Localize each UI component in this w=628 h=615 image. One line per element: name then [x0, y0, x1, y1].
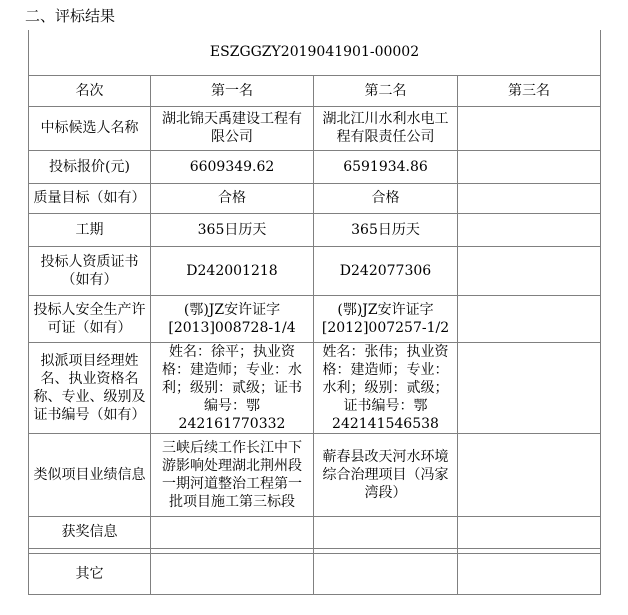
cell-awards-third [458, 516, 601, 548]
cell-duration-second: 365日历天 [314, 213, 458, 246]
cell-similar-projects-first: 三峡后续工作长江中下 游影响处理湖北荆州段 一期河道整治工程第一 批项目施工第三… [151, 433, 314, 516]
cell-qualification-certificate-second: D242077306 [314, 246, 458, 295]
table-row-other: 其它 [29, 553, 601, 594]
column-header-row: 名次 第一名 第二名 第三名 [29, 75, 601, 106]
cell-bid-price-first: 6609349.62 [151, 150, 314, 183]
table-row-qualification-certificate: 投标人资质证书 （如有） D242001218 D242077306 [29, 246, 601, 295]
table-row-candidate-name: 中标候选人名称 湖北锦天禹建设工程有 限公司 湖北江川水利水电工 程有限责任公司 [29, 106, 601, 150]
row-label-candidate-name: 中标候选人名称 [29, 106, 151, 150]
row-label-project-manager: 拟派项目经理姓 名、执业资格名 称、专业、级别及 证书编号（如有） [29, 342, 151, 433]
table-row-awards: 获奖信息 [29, 516, 601, 548]
cell-similar-projects-second: 蕲春县改天河水环境 综合治理项目（冯家 湾段） [314, 433, 458, 516]
cell-awards-first [151, 516, 314, 548]
cell-candidate-name-third [458, 106, 601, 150]
cell-safety-license-first: (鄂)JZ安许证字 [2013]008728-1/4 [151, 295, 314, 342]
row-label-qualification-certificate: 投标人资质证书 （如有） [29, 246, 151, 295]
row-label-duration: 工期 [29, 213, 151, 246]
evaluation-results-table: ESZGGZY2019041901-00002 名次 第一名 第二名 第三名 中… [28, 30, 601, 595]
cell-bid-price-third [458, 150, 601, 183]
page-title: 二、评标结果 [25, 7, 115, 25]
row-label-quality-target: 质量目标（如有） [29, 183, 151, 213]
cell-quality-target-second: 合格 [314, 183, 458, 213]
cell-project-manager-first: 姓名：徐平；执业资 格：建造师；专业：水 利；级别：贰级；证书 编号：鄂2421… [151, 342, 314, 433]
cell-safety-license-second: (鄂)JZ安许证字 [2012]007257-1/2 [314, 295, 458, 342]
project-code-row: ESZGGZY2019041901-00002 [29, 30, 601, 75]
cell-other-second [314, 553, 458, 594]
cell-quality-target-first: 合格 [151, 183, 314, 213]
row-label-awards: 获奖信息 [29, 516, 151, 548]
table-row-similar-projects: 类似项目业绩信息 三峡后续工作长江中下 游影响处理湖北荆州段 一期河道整治工程第… [29, 433, 601, 516]
cell-qualification-certificate-first: D242001218 [151, 246, 314, 295]
cell-quality-target-third [458, 183, 601, 213]
cell-other-third [458, 553, 601, 594]
cell-awards-second [314, 516, 458, 548]
cell-candidate-name-second: 湖北江川水利水电工 程有限责任公司 [314, 106, 458, 150]
cell-qualification-certificate-third [458, 246, 601, 295]
cell-duration-third [458, 213, 601, 246]
table-row-project-manager: 拟派项目经理姓 名、执业资格名 称、专业、级别及 证书编号（如有） 姓名：徐平；… [29, 342, 601, 433]
table-row-bid-price: 投标报价(元) 6609349.62 6591934.86 [29, 150, 601, 183]
cell-project-manager-third [458, 342, 601, 433]
cell-similar-projects-third [458, 433, 601, 516]
project-code: ESZGGZY2019041901-00002 [29, 30, 601, 75]
cell-duration-first: 365日历天 [151, 213, 314, 246]
col-header-third-place: 第三名 [458, 75, 601, 106]
col-header-first-place: 第一名 [151, 75, 314, 106]
bid-evaluation-page: 二、评标结果 ESZGGZY2019041901-00002 名次 第一名 第二… [0, 0, 628, 615]
cell-other-first [151, 553, 314, 594]
row-label-other: 其它 [29, 553, 151, 594]
table-row-duration: 工期 365日历天 365日历天 [29, 213, 601, 246]
row-label-similar-projects: 类似项目业绩信息 [29, 433, 151, 516]
col-header-second-place: 第二名 [314, 75, 458, 106]
row-label-bid-price: 投标报价(元) [29, 150, 151, 183]
cell-safety-license-third [458, 295, 601, 342]
cell-bid-price-second: 6591934.86 [314, 150, 458, 183]
col-header-rank: 名次 [29, 75, 151, 106]
table-row-quality-target: 质量目标（如有） 合格 合格 [29, 183, 601, 213]
row-label-safety-license: 投标人安全生产许 可证（如有） [29, 295, 151, 342]
cell-candidate-name-first: 湖北锦天禹建设工程有 限公司 [151, 106, 314, 150]
table-row-safety-license: 投标人安全生产许 可证（如有） (鄂)JZ安许证字 [2013]008728-1… [29, 295, 601, 342]
cell-project-manager-second: 姓名：张伟；执业资 格：建造师；专业： 水利；级别：贰级； 证书编号：鄂 242… [314, 342, 458, 433]
